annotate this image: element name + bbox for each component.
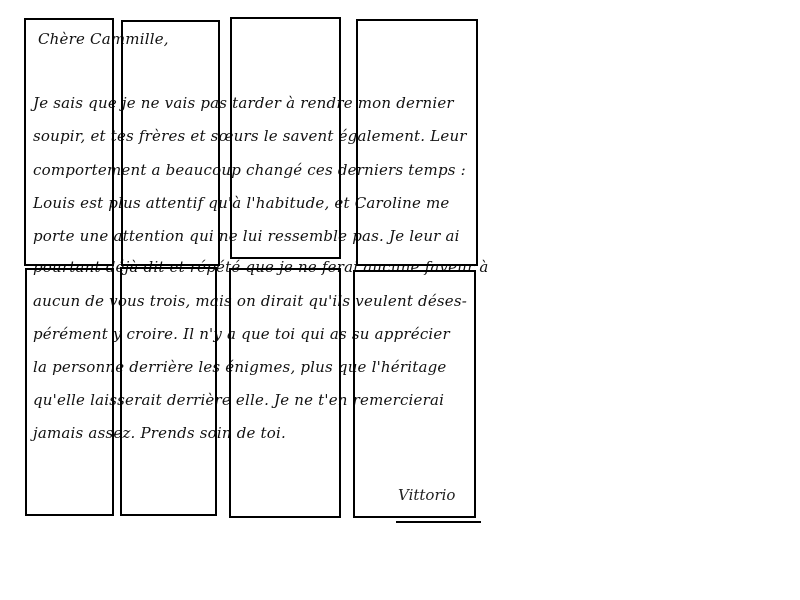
- crop-box-7: [229, 268, 341, 518]
- crop-box-5: [25, 268, 114, 516]
- crop-box-3: [230, 17, 341, 259]
- crop-box-6: [120, 267, 217, 516]
- crop-box-8: [353, 270, 476, 518]
- crop-box-4: [356, 19, 478, 266]
- crop-box-1: [24, 18, 114, 266]
- crop-box-2: [121, 20, 220, 266]
- signature-underline: [396, 521, 481, 523]
